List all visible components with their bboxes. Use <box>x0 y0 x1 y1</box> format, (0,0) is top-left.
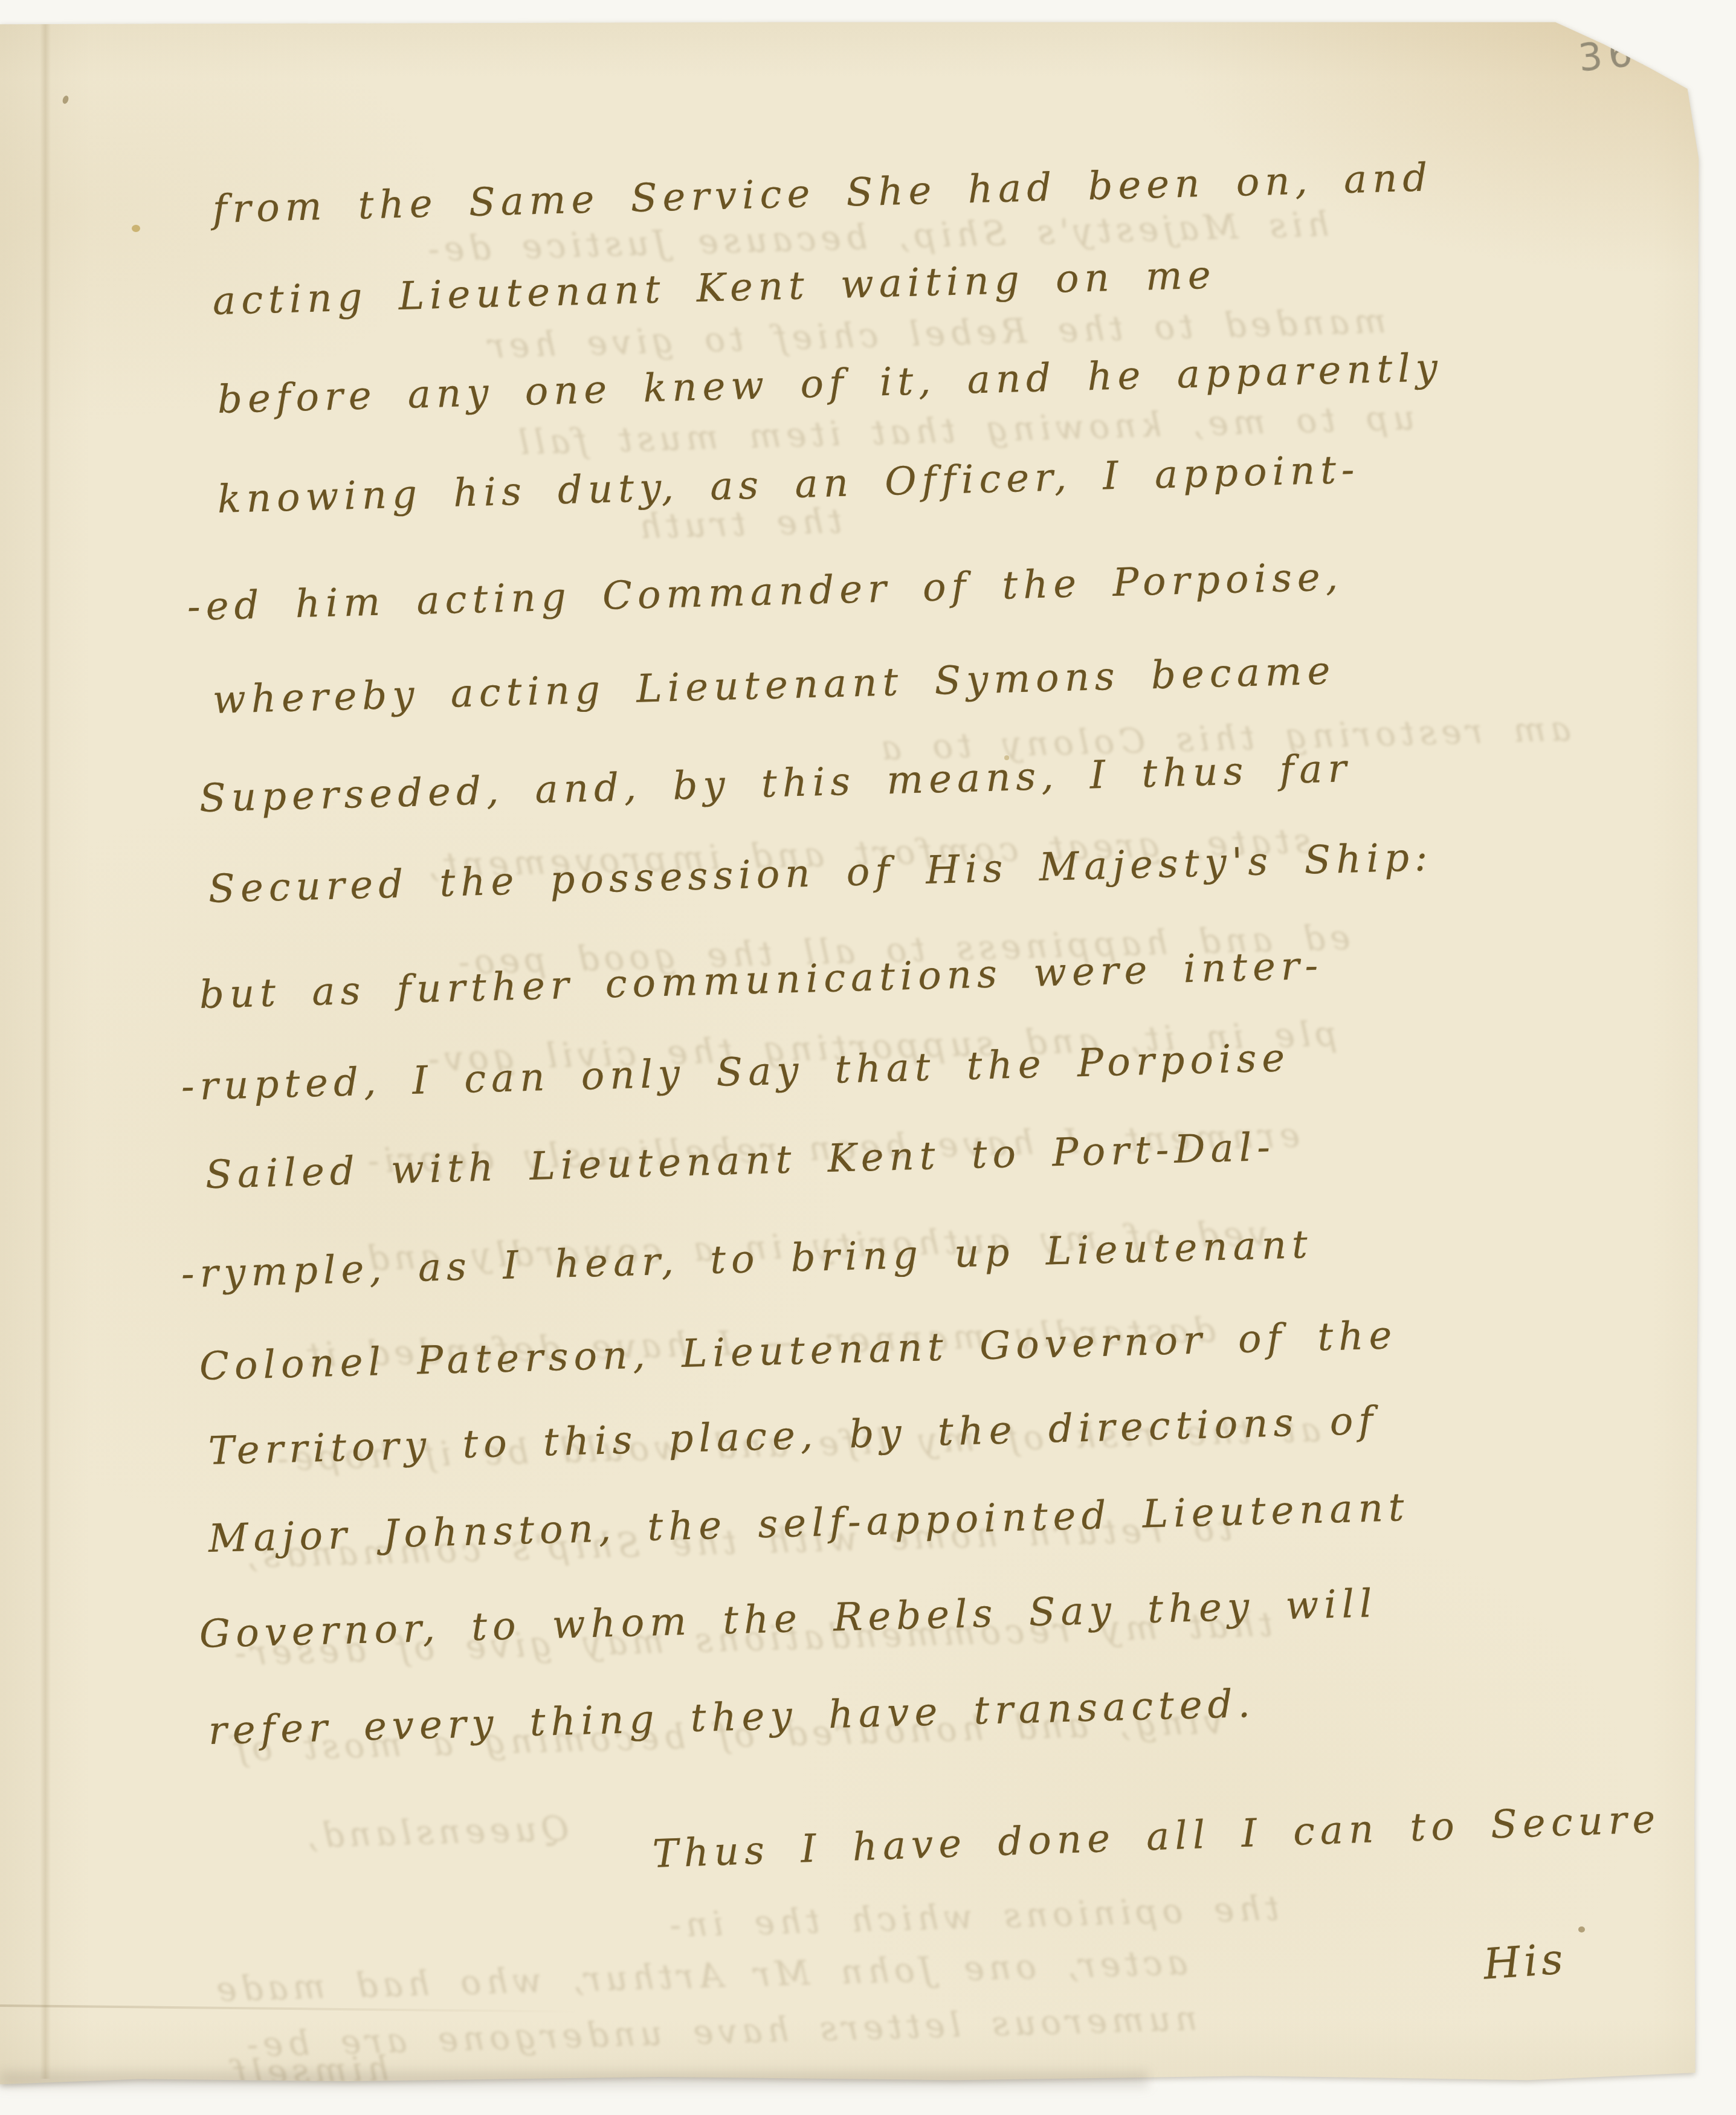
paper-speck <box>1004 755 1009 760</box>
paper-shadow-wrap: his Majesty's Ship, because Justice de- … <box>0 0 1736 2115</box>
paper-bottom-shadow <box>0 2071 1148 2087</box>
manuscript-line-18: Thus I have done all I can to Secure <box>652 1797 1662 1877</box>
bleedthrough-line: the opinions which the in- <box>664 1889 1279 1945</box>
ink-speck <box>1578 1926 1585 1933</box>
paper-speck <box>132 225 140 232</box>
pencil-page-number: 365 <box>1576 27 1670 80</box>
manuscript-line-7: Superseded, and, by this means, I thus f… <box>199 746 1352 821</box>
manuscript-scan: his Majesty's Ship, because Justice de- … <box>0 0 1736 2115</box>
bleedthrough-line: Queensland, <box>302 1809 570 1856</box>
vertical-fold-crease <box>40 23 51 2079</box>
ink-speck <box>62 95 69 105</box>
bleedthrough-line: acter, one John Mr Arthur, who had made <box>211 1943 1188 2009</box>
letter-page-paper: his Majesty's Ship, because Justice de- … <box>0 0 1736 2115</box>
catchword: His <box>1482 1934 1568 1989</box>
manuscript-line-6: whereby acting Lieutenant Symons became <box>212 648 1336 723</box>
manuscript-line-5: -ed him acting Commander of the Porpoise… <box>187 555 1344 630</box>
